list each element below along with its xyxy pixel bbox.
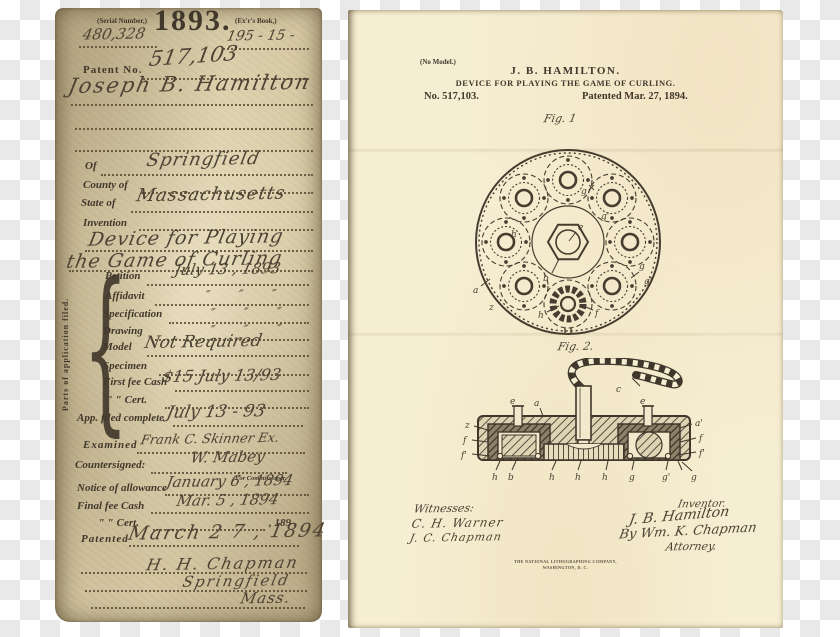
- part-label: h: [492, 473, 498, 483]
- applicant-name: Joseph B. Hamilton: [66, 70, 313, 98]
- of-label: Of: [85, 160, 97, 172]
- transparency-checkerboard: (Serial Number,) 1893. (Ex'r's Book,) 48…: [0, 0, 840, 637]
- countersigned-value: W. Mabey: [189, 447, 266, 466]
- part-label: h: [511, 230, 517, 240]
- part-label: a: [534, 399, 539, 409]
- rule: [173, 425, 303, 427]
- rule: [79, 46, 157, 48]
- page-inventor-name: J. B. HAMILTON.: [348, 65, 783, 77]
- attorney-label: Attorney.: [665, 540, 718, 554]
- part-label: f': [460, 451, 467, 461]
- of-value: Springfield: [145, 148, 262, 171]
- part-label: g: [629, 473, 635, 483]
- part-label: a: [473, 286, 478, 296]
- fig1-drawing: e b a h i g g' g g' h f z: [473, 142, 663, 342]
- part-label: g: [581, 187, 587, 197]
- petition-label: Petition: [105, 270, 140, 282]
- specimen-label: Specimen: [103, 360, 147, 372]
- app-filed-label: App. filed complete: [77, 412, 164, 424]
- affidavit-label: Affidavit: [105, 290, 145, 302]
- rule: [151, 512, 309, 514]
- patented-label: Patented: [81, 533, 129, 545]
- examined-value: Frank C. Skinner Ex.: [139, 431, 280, 448]
- part-label: b: [543, 274, 549, 284]
- rule: [101, 174, 313, 176]
- patent-number: No. 517,103.: [424, 91, 479, 102]
- patented-value: March 2 7 , 1894: [127, 519, 329, 544]
- final-fee-value: Mar. 5 , 1894: [175, 490, 280, 510]
- specification-label: Specification: [103, 308, 162, 320]
- witness-signature: J. C. Chapman: [409, 530, 504, 545]
- app-filed-value: July 13 - 93: [165, 401, 267, 423]
- parts-of-application-label: Parts of application filed.: [61, 270, 70, 438]
- model-value: Not Required: [143, 331, 264, 353]
- fig1-caption: Fig. 1: [543, 112, 578, 126]
- part-label: z: [488, 303, 494, 313]
- part-label: h: [538, 311, 544, 321]
- part-label: g': [662, 473, 670, 483]
- part-label: g': [601, 212, 609, 222]
- patent-drawing-page: (No Model.) J. B. HAMILTON. DEVICE FOR P…: [348, 10, 783, 628]
- drawing-label: Drawing: [103, 325, 143, 337]
- specification-value: ″ ″ ″: [208, 305, 282, 321]
- first-fee-value: $15 July 13/93: [161, 365, 283, 386]
- notice-allowance-value: January 6 , 1894: [165, 471, 295, 491]
- part-label: e: [510, 397, 515, 407]
- state-value: Massachusetts: [135, 183, 288, 207]
- part-label: z: [464, 421, 470, 431]
- final-fee-label: Final fee Cash: [77, 500, 144, 512]
- patented-date: Patented Mar. 27, 1894.: [582, 91, 688, 102]
- year-heading: 1893.: [154, 4, 232, 38]
- petition-value: July 13 , 1893: [173, 259, 282, 279]
- countersigned-label: Countersigned:: [75, 459, 145, 471]
- part-label: f: [462, 436, 468, 446]
- part-label: a': [695, 419, 703, 429]
- printer-imprint-line1: THE NATIONAL LITHOGRAPHING COMPANY,: [348, 559, 783, 564]
- state-label: State of: [81, 197, 116, 209]
- patent-no-value: 517,103: [147, 41, 239, 71]
- rule: [147, 355, 309, 357]
- rule: [131, 211, 313, 213]
- part-label: e: [640, 397, 645, 407]
- rule: [175, 390, 309, 392]
- page-title: DEVICE FOR PLAYING THE GAME OF CURLING.: [348, 78, 783, 88]
- part-label: g: [639, 262, 645, 272]
- part-label: f: [698, 434, 704, 444]
- part-label: i: [621, 239, 624, 249]
- cert1-label: ″ ″ Cert.: [107, 394, 147, 406]
- serial-number-value: 480,328: [81, 24, 147, 43]
- county-label: County of: [83, 179, 128, 191]
- application-card: (Serial Number,) 1893. (Ex'r's Book,) 48…: [55, 8, 322, 622]
- examined-label: Examined: [83, 439, 137, 451]
- witnesses-label: Witnesses:: [413, 501, 476, 515]
- notice-allowance-label: Notice of allowance: [77, 482, 167, 494]
- rule: [147, 284, 309, 286]
- printer-imprint-line2: WASHINGTON, D. C.: [348, 565, 783, 570]
- part-label: g: [691, 473, 697, 483]
- part-label: g': [644, 277, 652, 287]
- rule: [71, 104, 313, 106]
- affidavit-value: ″ ″ ″: [203, 287, 277, 303]
- first-fee-label: First fee Cash: [103, 376, 167, 388]
- fig2-drawing: c e a e z f f' a' f f' g h b h h h g g': [448, 358, 718, 488]
- rule: [129, 545, 299, 547]
- part-label: b: [508, 473, 514, 483]
- part-label: c: [616, 385, 621, 395]
- part-label: f: [594, 309, 600, 319]
- rule: [75, 128, 313, 130]
- exr-book-label: (Ex'r's Book,): [235, 17, 277, 25]
- part-label: e: [578, 223, 583, 233]
- part-label: h: [602, 473, 608, 483]
- model-label: Model: [103, 341, 132, 353]
- part-label: f': [698, 449, 705, 459]
- witness-signature: C. H. Warner: [410, 515, 504, 531]
- agent-state: Mass.: [239, 589, 292, 608]
- fig2-caption: Fig. 2.: [557, 340, 595, 354]
- part-label: h: [575, 473, 581, 483]
- part-label: h: [549, 473, 555, 483]
- rule: [91, 607, 305, 609]
